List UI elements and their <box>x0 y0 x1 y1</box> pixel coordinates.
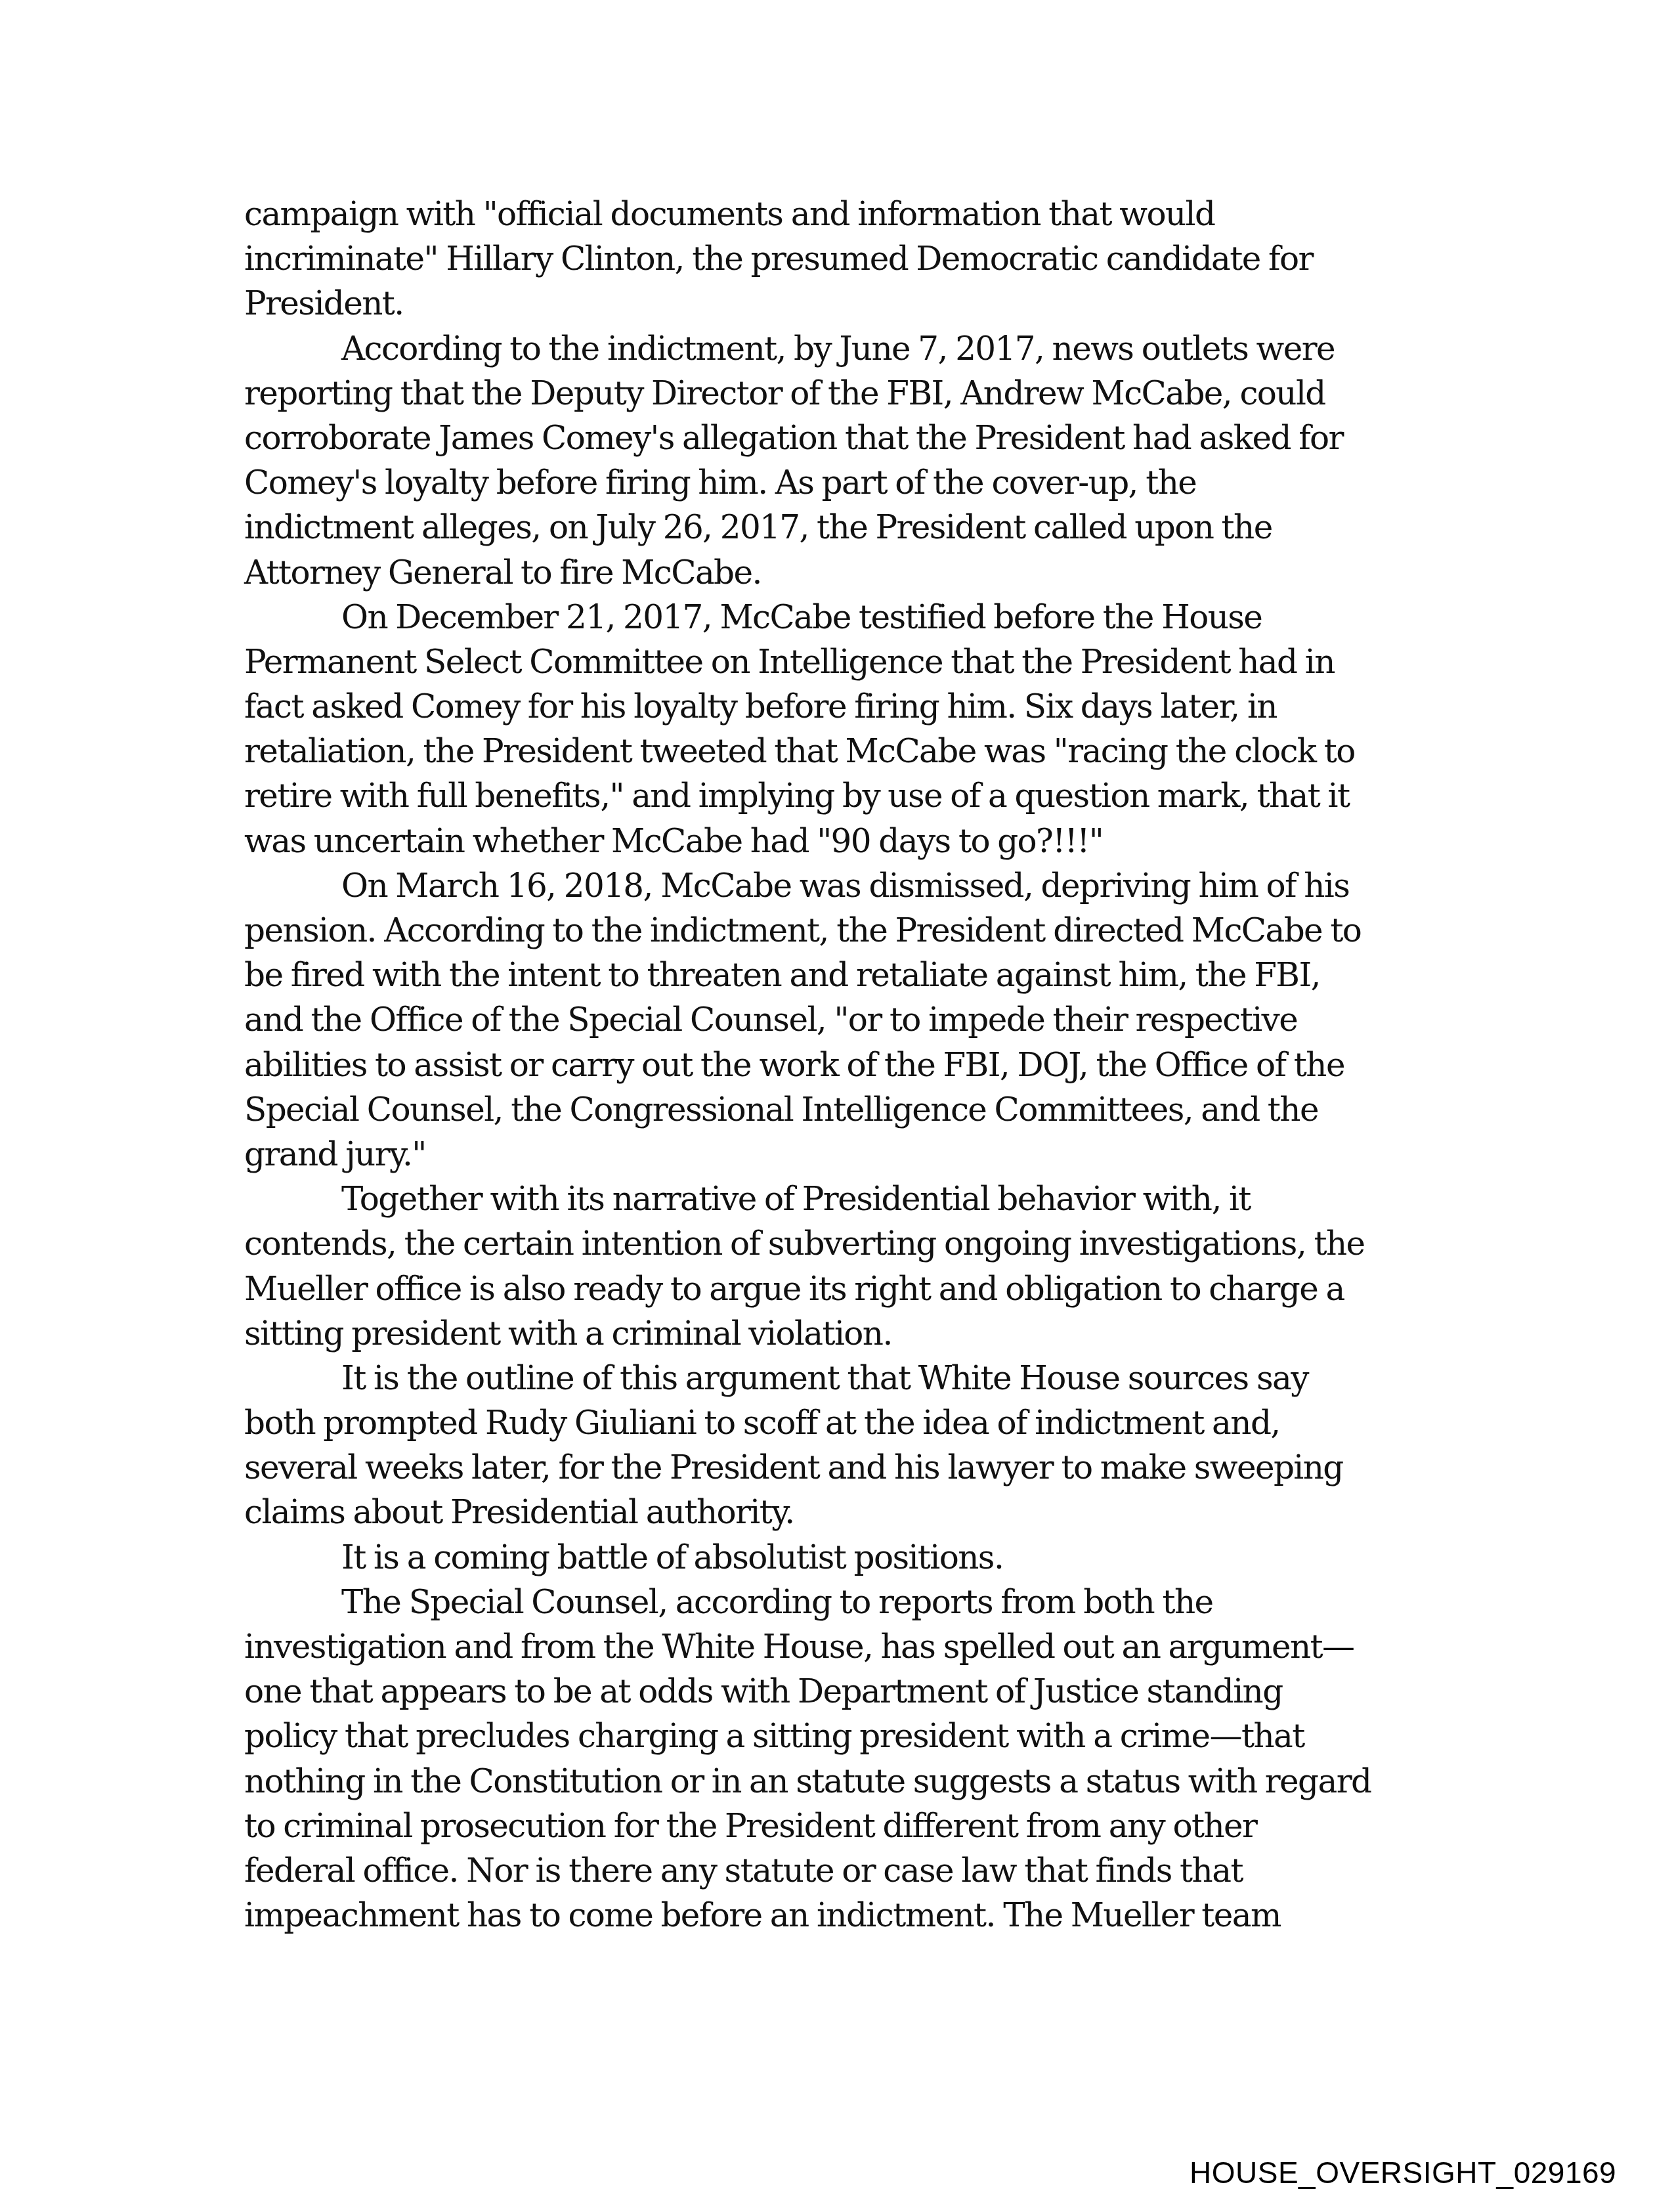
text-line: indictment alleges, on July 26, 2017, th… <box>244 505 1426 550</box>
text-line: both prompted Rudy Giuliani to scoff at … <box>244 1400 1426 1445</box>
text-line: It is a coming battle of absolutist posi… <box>244 1535 1426 1580</box>
text-line: pension. According to the indictment, th… <box>244 908 1426 953</box>
text-line: It is the outline of this argument that … <box>244 1356 1426 1400</box>
paragraph: On December 21, 2017, McCabe testified b… <box>244 595 1426 863</box>
text-line: Permanent Select Committee on Intelligen… <box>244 640 1426 684</box>
text-line: Attorney General to fire McCabe. <box>244 550 1426 595</box>
text-line: policy that precludes charging a sitting… <box>244 1714 1426 1758</box>
paragraph: campaign with "official documents and in… <box>244 192 1426 326</box>
text-line: reporting that the Deputy Director of th… <box>244 371 1426 416</box>
text-line: and the Office of the Special Counsel, "… <box>244 997 1426 1042</box>
text-line: retire with full benefits," and implying… <box>244 773 1426 818</box>
text-line: campaign with "official documents and in… <box>244 192 1426 236</box>
text-line: sitting president with a criminal violat… <box>244 1311 1426 1356</box>
text-line: President. <box>244 281 1426 326</box>
text-line: investigation and from the White House, … <box>244 1624 1426 1669</box>
text-line: retaliation, the President tweeted that … <box>244 729 1426 773</box>
text-line: Together with its narrative of President… <box>244 1177 1426 1221</box>
text-line: The Special Counsel, according to report… <box>244 1580 1426 1624</box>
text-line: corroborate James Comey's allegation tha… <box>244 416 1426 460</box>
text-line: claims about Presidential authority. <box>244 1490 1426 1534</box>
paragraph: According to the indictment, by June 7, … <box>244 326 1426 595</box>
text-line: nothing in the Constitution or in an sta… <box>244 1759 1426 1804</box>
text-line: Comey's loyalty before firing him. As pa… <box>244 460 1426 505</box>
text-line: impeachment has to come before an indict… <box>244 1893 1426 1938</box>
text-line: to criminal prosecution for the Presiden… <box>244 1804 1426 1848</box>
text-line: fact asked Comey for his loyalty before … <box>244 684 1426 729</box>
text-line: be fired with the intent to threaten and… <box>244 953 1426 997</box>
text-line: On March 16, 2018, McCabe was dismissed,… <box>244 863 1426 908</box>
text-line: According to the indictment, by June 7, … <box>244 326 1426 371</box>
text-line: was uncertain whether McCabe had "90 day… <box>244 819 1426 863</box>
text-line: abilities to assist or carry out the wor… <box>244 1043 1426 1087</box>
text-line: several weeks later, for the President a… <box>244 1445 1426 1490</box>
paragraph: The Special Counsel, according to report… <box>244 1580 1426 1938</box>
text-line: federal office. Nor is there any statute… <box>244 1848 1426 1893</box>
paragraph: It is a coming battle of absolutist posi… <box>244 1535 1426 1580</box>
bates-number: HOUSE_OVERSIGHT_029169 <box>1190 2155 1616 2190</box>
paragraph: Together with its narrative of President… <box>244 1177 1426 1356</box>
text-line: Special Counsel, the Congressional Intel… <box>244 1087 1426 1132</box>
paragraph: It is the outline of this argument that … <box>244 1356 1426 1535</box>
paragraph: On March 16, 2018, McCabe was dismissed,… <box>244 863 1426 1177</box>
text-line: incriminate" Hillary Clinton, the presum… <box>244 236 1426 281</box>
text-line: grand jury." <box>244 1132 1426 1177</box>
text-line: one that appears to be at odds with Depa… <box>244 1669 1426 1714</box>
document-body: campaign with "official documents and in… <box>244 192 1426 1938</box>
text-line: On December 21, 2017, McCabe testified b… <box>244 595 1426 640</box>
text-line: Mueller office is also ready to argue it… <box>244 1267 1426 1311</box>
text-line: contends, the certain intention of subve… <box>244 1221 1426 1266</box>
